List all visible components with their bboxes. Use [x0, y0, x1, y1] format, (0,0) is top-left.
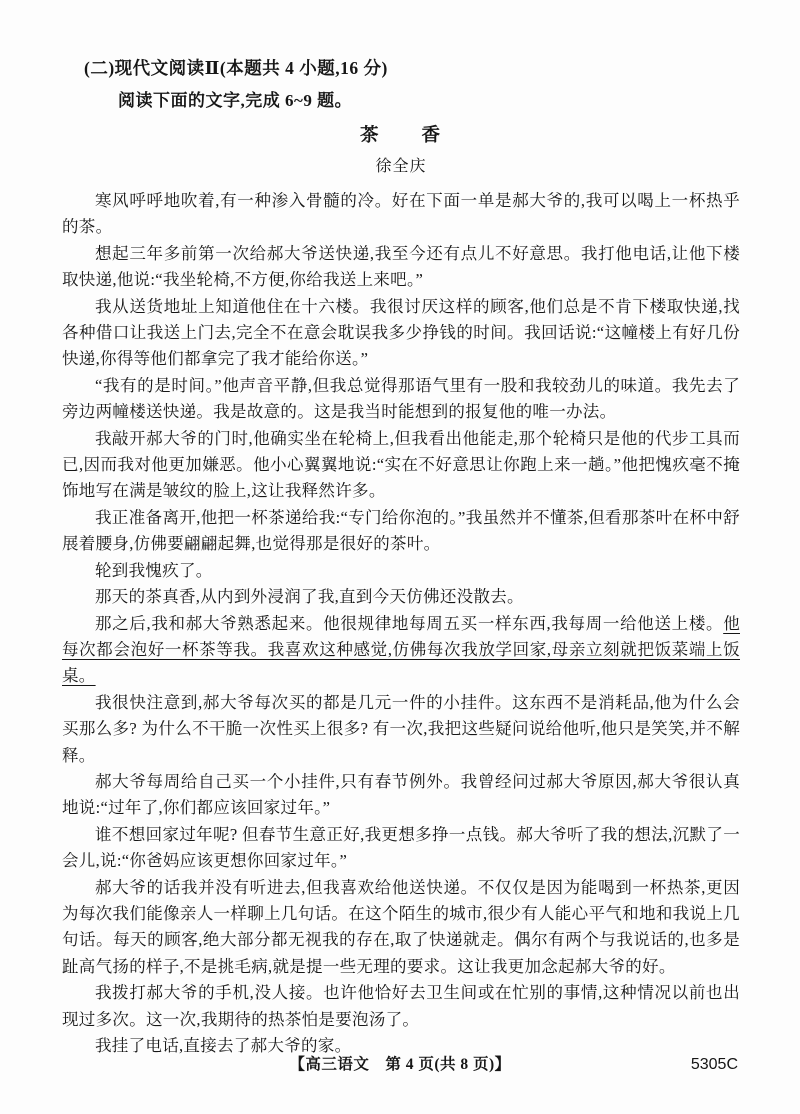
paragraph: 寒风呼呼地吹着,有一种渗入骨髓的冷。好在下面一单是郝大爷的,我可以喝上一杯热乎的… — [62, 188, 740, 241]
paragraph: 我正准备离开,他把一杯茶递给我:“专门给你泡的。”我虽然并不懂茶,但看那茶叶在杯… — [62, 505, 740, 558]
paragraph: 我很快注意到,郝大爷每次买的都是几元一件的小挂件。这东西不是消耗品,他为什么会买… — [62, 690, 740, 769]
paragraph: 郝大爷的话我并没有听进去,但我喜欢给他送快递。不仅仅是因为能喝到一杯热茶,更因为… — [62, 875, 740, 981]
footer-paper-code: 5305C — [691, 1052, 738, 1078]
reading-instruction: 阅读下面的文字,完成 6~9 题。 — [118, 89, 740, 113]
paragraph-text: 我敲开郝大爷的门时,他确实坐在轮椅上,但我看出他能走,那个轮椅只是他的代步工具而… — [62, 429, 740, 501]
paragraph-text: 那天的茶真香,从内到外浸润了我,直到今天仿佛还没散去。 — [95, 587, 524, 606]
paragraph-text: 轮到我愧疚了。 — [95, 561, 213, 580]
paragraph: 想起三年多前第一次给郝大爷送快递,我至今还有点儿不好意思。我打他电话,让他下楼取… — [62, 241, 740, 294]
paragraph-text: 我正准备离开,他把一杯茶递给我:“专门给你泡的。”我虽然并不懂茶,但看那茶叶在杯… — [62, 508, 740, 553]
paragraph-text: “我有的是时间。”他声音平静,但我总觉得那语气里有一股和我较劲儿的味道。我先去了… — [62, 376, 740, 421]
article-author: 徐全庆 — [62, 155, 740, 179]
paragraph-text: 我从送货地址上知道他住在十六楼。我很讨厌这样的顾客,他们总是不肯下楼取快递,找各… — [62, 297, 740, 369]
footer-page-info: 【高三语文 第 4 页(共 8 页)】 — [0, 1052, 800, 1078]
paragraph: 我从送货地址上知道他住在十六楼。我很讨厌这样的顾客,他们总是不肯下楼取快递,找各… — [62, 294, 740, 373]
article-title: 茶 香 — [62, 123, 740, 149]
paragraph: 那天的茶真香,从内到外浸润了我,直到今天仿佛还没散去。 — [62, 584, 740, 610]
paragraph: 我拨打郝大爷的手机,没人接。也许他恰好去卫生间或在忙别的事情,这种情况以前也出现… — [62, 980, 740, 1033]
paragraph-text: 想起三年多前第一次给郝大爷送快递,我至今还有点儿不好意思。我打他电话,让他下楼取… — [62, 244, 740, 289]
paragraph: 郝大爷每周给自己买一个小挂件,只有春节例外。我曾经问过郝大爷原因,郝大爷很认真地… — [62, 769, 740, 822]
paragraph-text: 郝大爷的话我并没有听进去,但我喜欢给他送快递。不仅仅是因为能喝到一杯热茶,更因为… — [62, 878, 740, 976]
paragraph: 那之后,我和郝大爷熟悉起来。他很规律地每周五买一样东西,我每周一给他送上楼。他每… — [62, 611, 740, 690]
paragraph-text: 我很快注意到,郝大爷每次买的都是几元一件的小挂件。这东西不是消耗品,他为什么会买… — [62, 693, 740, 765]
paragraph-text: 谁不想回家过年呢? 但春节生意正好,我更想多挣一点钱。郝大爷听了我的想法,沉默了… — [62, 825, 740, 870]
paragraph: 我敲开郝大爷的门时,他确实坐在轮椅上,但我看出他能走,那个轮椅只是他的代步工具而… — [62, 426, 740, 505]
exam-page: (二)现代文阅读Ⅱ(本题共 4 小题,16 分) 阅读下面的文字,完成 6~9 … — [0, 0, 800, 1114]
paragraph: 轮到我愧疚了。 — [62, 558, 740, 584]
paragraph-text: 我拨打郝大爷的手机,没人接。也许他恰好去卫生间或在忙别的事情,这种情况以前也出现… — [62, 983, 740, 1028]
page-content: (二)现代文阅读Ⅱ(本题共 4 小题,16 分) 阅读下面的文字,完成 6~9 … — [62, 56, 740, 1059]
section-header: (二)现代文阅读Ⅱ(本题共 4 小题,16 分) — [84, 56, 740, 80]
page-footer: 【高三语文 第 4 页(共 8 页)】 5305C — [0, 1052, 800, 1078]
paragraph: “我有的是时间。”他声音平静,但我总觉得那语气里有一股和我较劲儿的味道。我先去了… — [62, 373, 740, 426]
paragraph-text: 寒风呼呼地吹着,有一种渗入骨髓的冷。好在下面一单是郝大爷的,我可以喝上一杯热乎的… — [62, 191, 740, 236]
paragraph: 谁不想回家过年呢? 但春节生意正好,我更想多挣一点钱。郝大爷听了我的想法,沉默了… — [62, 822, 740, 875]
article-body: 寒风呼呼地吹着,有一种渗入骨髓的冷。好在下面一单是郝大爷的,我可以喝上一杯热乎的… — [62, 188, 740, 1059]
paragraph-text: 那之后,我和郝大爷熟悉起来。他很规律地每周五买一样东西,我每周一给他送上楼。 — [95, 614, 723, 633]
paragraph-text: 郝大爷每周给自己买一个小挂件,只有春节例外。我曾经问过郝大爷原因,郝大爷很认真地… — [62, 772, 740, 817]
